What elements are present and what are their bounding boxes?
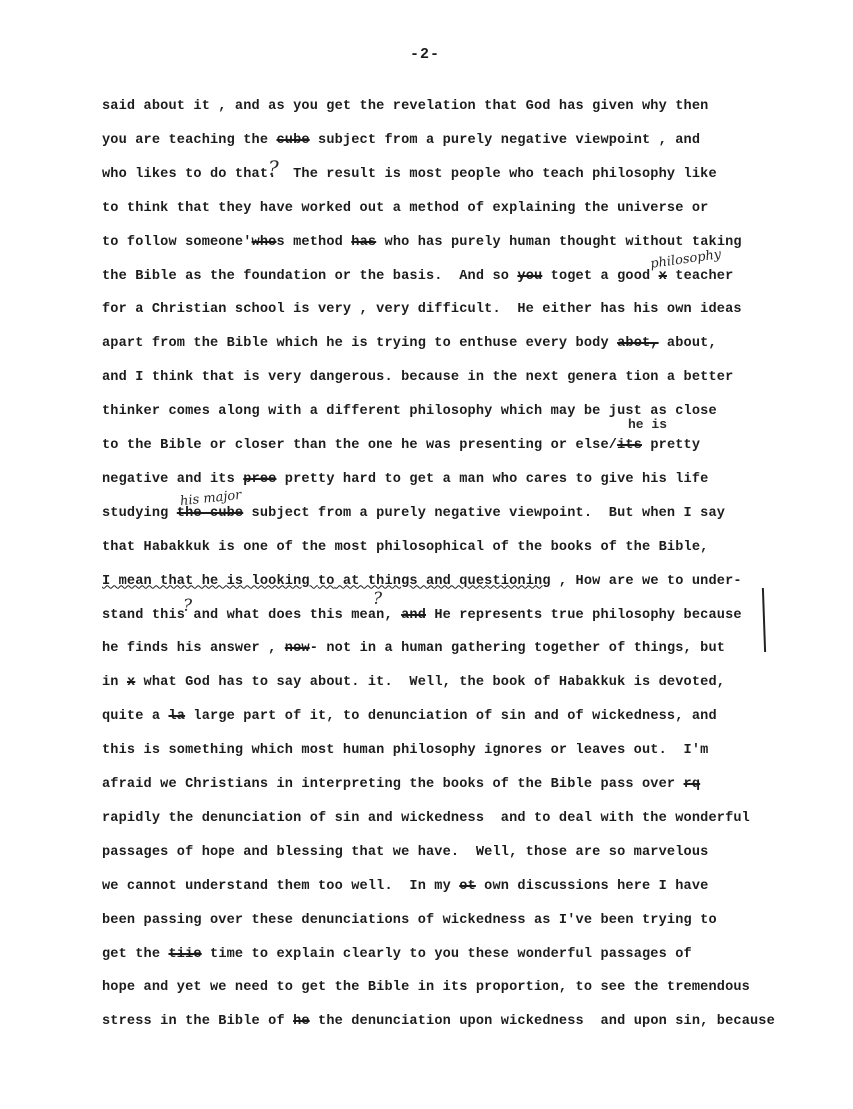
text-segment: thinker comes along with a different phi… (102, 404, 717, 419)
struck-text: has (351, 235, 376, 250)
text-segment: for a Christian school is very , very di… (102, 302, 742, 317)
struck-text: its (617, 438, 642, 453)
text-line: apart from the Bible which he is trying … (102, 333, 717, 355)
struck-text: ot (459, 879, 476, 894)
text-line: to follow someone'whos method has who ha… (102, 232, 742, 254)
struck-text: tiie (168, 947, 201, 962)
text-segment: to follow someone' (102, 235, 252, 250)
struck-text: now (285, 641, 310, 656)
text-segment: the Bible as the foundation or the basis… (102, 269, 517, 284)
text-segment: own discussions here I have (476, 879, 709, 894)
text-segment: who has purely human thought without tak… (376, 235, 742, 250)
text-line: stand this and what does this mean, and … (102, 605, 742, 627)
text-line: stress in the Bible of he the denunciati… (102, 1011, 775, 1033)
text-segment: He represents true philosophy because (426, 608, 742, 623)
text-segment: , How are we to under- (551, 574, 742, 589)
text-line: we cannot understand them too well. In m… (102, 876, 708, 898)
text-segment: - not in a human gathering together of t… (310, 641, 725, 656)
document-page: -2- said about it , and as you get the r… (0, 0, 853, 1109)
text-line: thinker comes along with a different phi… (102, 401, 717, 423)
struck-text: and (401, 608, 426, 623)
text-line: that Habakkuk is one of the most philoso… (102, 537, 708, 559)
struck-text: to (318, 574, 335, 589)
text-line: hope and yet we need to get the Bible in… (102, 977, 750, 999)
text-line: and I think that is very dangerous. beca… (102, 367, 733, 389)
struck-text: x (127, 675, 135, 690)
text-segment: pretty (642, 438, 700, 453)
text-segment: and I think that is very dangerous. beca… (102, 370, 733, 385)
text-segment: who likes to do that. The result is most… (102, 167, 717, 182)
struck-text: cube (276, 133, 309, 148)
text-line: this is something which most human philo… (102, 740, 708, 762)
typed-heis-insert: he is (628, 417, 667, 432)
text-segment: stand this and what does this mean, (102, 608, 401, 623)
text-segment: toget a good (542, 269, 658, 284)
text-segment: subject from a purely negative viewpoint… (243, 506, 725, 521)
text-segment: we cannot understand them too well. In m… (102, 879, 459, 894)
text-line: been passing over these denunciations of… (102, 910, 717, 932)
margin-vertical-mark (762, 588, 766, 652)
text-segment: I mean that he is looking (102, 574, 318, 589)
text-segment: rapidly the denunciation of sin and wick… (102, 811, 750, 826)
text-segment: large part of it, to denunciation of sin… (185, 709, 717, 724)
struck-text: you (517, 269, 542, 284)
page-number: -2- (410, 46, 440, 63)
text-line: for a Christian school is very , very di… (102, 299, 742, 321)
text-segment: stress in the Bible of (102, 1014, 293, 1029)
text-segment: to the Bible or closer than the one he w… (102, 438, 617, 453)
text-line: get the tiie time to explain clearly to … (102, 944, 692, 966)
text-segment: at things and questioning (335, 574, 551, 589)
struck-text: la (168, 709, 185, 724)
text-line: to the Bible or closer than the one he w… (102, 435, 700, 457)
text-segment: teacher (667, 269, 733, 284)
text-segment: negative and its (102, 472, 243, 487)
text-segment: afraid we Christians in interpreting the… (102, 777, 684, 792)
text-segment: the denunciation upon wickedness and upo… (310, 1014, 775, 1029)
text-line: in x what God has to say about. it. Well… (102, 672, 725, 694)
struck-text: he (293, 1014, 310, 1029)
text-line: passages of hope and blessing that we ha… (102, 842, 708, 864)
text-segment: in (102, 675, 127, 690)
text-line: you are teaching the cube subject from a… (102, 130, 700, 152)
text-segment: time to explain clearly to you these won… (202, 947, 692, 962)
text-segment: this is something which most human philo… (102, 743, 708, 758)
text-segment: s method (276, 235, 351, 250)
struck-text: abot, (617, 336, 659, 351)
text-line: said about it , and as you get the revel… (102, 96, 708, 118)
text-segment: you are teaching the (102, 133, 276, 148)
text-line: rapidly the denunciation of sin and wick… (102, 808, 750, 830)
handwritten-question-mark: ? (268, 156, 279, 180)
text-line: I mean that he is looking to at things a… (102, 571, 742, 593)
struck-text: rq (684, 777, 701, 792)
text-segment: that Habakkuk is one of the most philoso… (102, 540, 708, 555)
text-segment: subject from a purely negative viewpoint… (310, 133, 700, 148)
struck-text: pree (243, 472, 276, 487)
text-segment: get the (102, 947, 168, 962)
text-segment: pretty hard to get a man who cares to gi… (276, 472, 708, 487)
text-segment: about, (659, 336, 717, 351)
text-line: quite a la large part of it, to denuncia… (102, 706, 717, 728)
text-segment: to think that they have worked out a met… (102, 201, 708, 216)
text-line: the Bible as the foundation or the basis… (102, 266, 733, 288)
text-segment: hope and yet we need to get the Bible in… (102, 980, 750, 995)
text-segment: quite a (102, 709, 168, 724)
struck-text: x (659, 269, 667, 284)
handwritten-question-mark: ? (373, 589, 382, 609)
text-line: negative and its pree pretty hard to get… (102, 469, 708, 491)
handwritten-question-mark: ? (183, 596, 192, 616)
text-segment: what God has to say about. it. Well, the… (135, 675, 725, 690)
text-segment: said about it , and as you get the revel… (102, 99, 708, 114)
text-segment: apart from the Bible which he is trying … (102, 336, 617, 351)
text-segment: studying (102, 506, 177, 521)
struck-text: who (252, 235, 277, 250)
text-line: who likes to do that. The result is most… (102, 164, 717, 186)
text-segment: he finds his answer , (102, 641, 285, 656)
text-segment: passages of hope and blessing that we ha… (102, 845, 708, 860)
text-line: to think that they have worked out a met… (102, 198, 708, 220)
text-line: he finds his answer , now- not in a huma… (102, 638, 725, 660)
text-segment: been passing over these denunciations of… (102, 913, 717, 928)
text-line: afraid we Christians in interpreting the… (102, 774, 700, 796)
